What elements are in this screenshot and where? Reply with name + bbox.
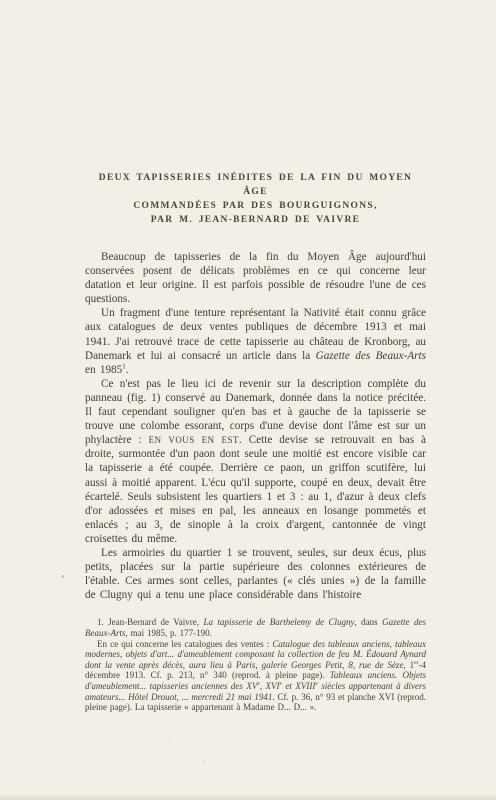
paragraph: Ce n'est pas le lieu ici de revenir sur … [85,377,426,546]
scanned-page: DEUX TAPISSERIES INÉDITES DE LA FIN DU M… [0,0,496,800]
scan-artifact [62,575,64,578]
scan-artifact [169,737,171,739]
title-line-3: PAR M. JEAN-BERNARD DE VAIVRE [85,213,426,227]
title-line-2: COMMANDÉES PAR DES BOURGUIGNONS, [85,199,426,213]
footnote-paragraph: 1. Jean-Bernard de Vaivre, La tapisserie… [85,617,426,638]
text-run: En ce qui concerne les catalogues des ve… [97,639,272,649]
footnotes: 1. Jean-Bernard de Vaivre, La tapisserie… [85,617,426,712]
article-title: DEUX TAPISSERIES INÉDITES DE LA FIN DU M… [85,171,426,227]
text-run: . [126,364,129,376]
paragraph: Un fragment d'une tenture représentant l… [85,306,426,376]
text-run: , mai 1985, p. 177-190. [126,628,212,638]
text-run: en 1985 [85,364,122,376]
text-block: DEUX TAPISSERIES INÉDITES DE LA FIN DU M… [85,171,426,713]
text-run-italic: Gazette des Beaux-Arts [316,350,426,362]
text-run: Beaucoup de tapisseries de la fin du Moy… [85,251,426,305]
text-run-italic: et XVIII [282,681,315,691]
device-motto-smallcaps: EN VOUS EN EST [149,435,239,445]
scan-artifact [203,761,205,763]
paragraph: Beaucoup de tapisseries de la fin du Moy… [85,250,426,306]
text-run-italic: , XVI [260,681,280,691]
text-run: 1. Jean-Bernard de Vaivre, [97,617,203,627]
footnote-paragraph: En ce qui concerne les catalogues des ve… [85,639,426,713]
text-run: 1 [406,660,414,670]
text-run-italic: La tapisserie de Barthelemy de Clugny [203,617,354,627]
paragraph: Les armoiries du quartier 1 se trouvent,… [85,546,426,602]
text-run: . Cette devise se retrouvait en bas à dr… [85,434,426,545]
text-run: Les armoiries du quartier 1 se trouvent,… [85,547,426,601]
title-line-1: DEUX TAPISSERIES INÉDITES DE LA FIN DU M… [85,171,426,199]
article-body: Beaucoup de tapisseries de la fin du Moy… [85,250,426,602]
text-run: , dans [355,617,383,627]
